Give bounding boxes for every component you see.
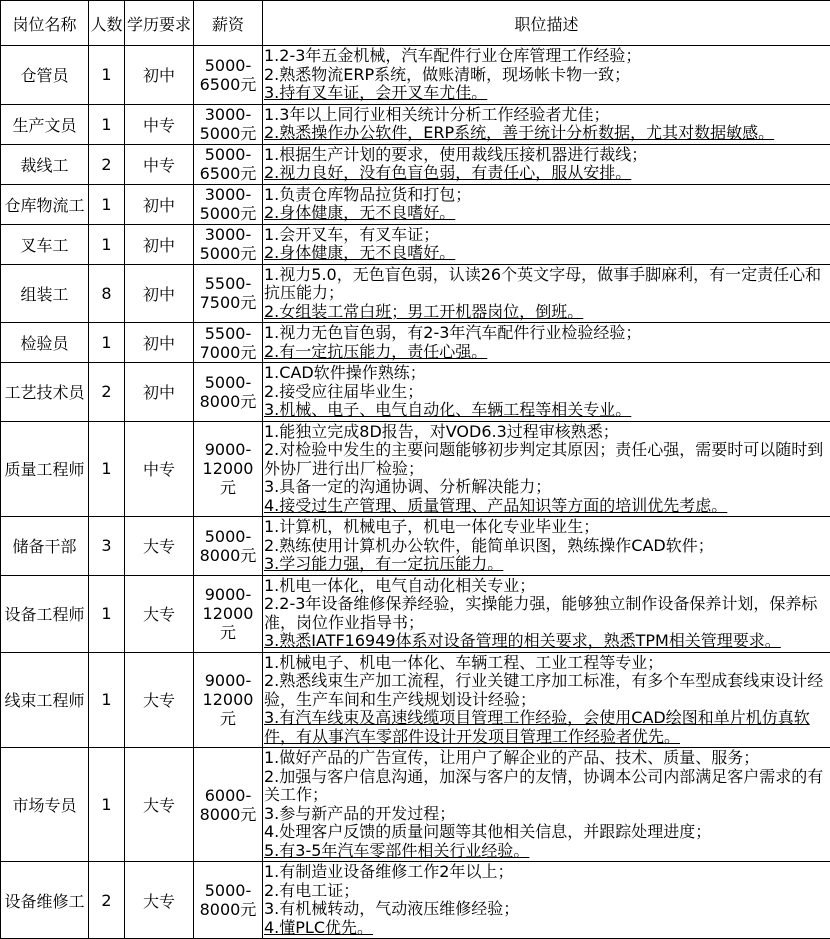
- salary-line: 5500-: [195, 274, 261, 293]
- position-name-cell: 检验员: [1, 323, 89, 363]
- salary-cell: 9000-12000元: [194, 652, 263, 748]
- description-line: 3.参与新产品的开发过程；: [264, 805, 828, 824]
- salary-line: 5000-: [195, 527, 261, 546]
- salary-cell: 5000-8000元: [194, 862, 263, 939]
- headcount-cell: 2: [89, 363, 125, 422]
- description-line: 1.视力5.0，无色盲色弱，认读26个英文字母，做事手脚麻利，有一定责任心和抗压…: [264, 266, 828, 303]
- description-cell: 1.机电一体化，电气自动化相关专业；2.2-3年设备维修保养经验，实操能力强，能…: [263, 575, 830, 652]
- salary-cell: 5500-7500元: [194, 264, 263, 323]
- salary-line: 12000元: [195, 604, 261, 642]
- description-cell: 1.根据生产计划的要求，使用裁线压接机器进行裁线；2.视力良好，没有色盲色弱，有…: [263, 144, 830, 184]
- description-line: 2.有电工证；: [264, 882, 828, 901]
- position-name-cell: 设备维修工: [1, 862, 89, 939]
- col-header-salary: 薪资: [194, 1, 263, 46]
- salary-line: 6500元: [195, 75, 261, 94]
- description-line: 2.有一定抗压能力，责任心强。: [264, 343, 828, 362]
- salary-cell: 5500-7000元: [194, 323, 263, 363]
- description-cell: 1.做好产品的广告宣传，让用户了解企业的产品、技术、质量、服务；2.加强与客户信…: [263, 748, 830, 862]
- table-row: 设备工程师1大专9000-12000元1.机电一体化，电气自动化相关专业；2.2…: [1, 575, 830, 652]
- header-row: 岗位名称 人数 学历要求 薪资 职位描述: [1, 1, 830, 46]
- salary-line: 6500元: [195, 164, 261, 183]
- job-table-body: 仓管员1初中5000-6500元1.2-3年五金机械，汽车配件行业仓库管理工作经…: [1, 46, 830, 939]
- description-cell: 1.3年以上同行业相关统计分析工作经验者尤佳；2.熟悉操作办公软件，ERP系统，…: [263, 104, 830, 144]
- col-header-description: 职位描述: [263, 1, 830, 46]
- salary-cell: 3000-5000元: [194, 184, 263, 224]
- description-cell: 1.2-3年五金机械，汽车配件行业仓库管理工作经验；2.熟悉物流ERP系统，做账…: [263, 46, 830, 105]
- education-cell: 大专: [125, 862, 194, 939]
- table-row: 叉车工1初中3000-5000元1.会开叉车，有叉车证；2.身体健康，无不良嗜好…: [1, 224, 830, 264]
- education-cell: 初中: [125, 224, 194, 264]
- description-line: 2.加强与客户信息沟通，加深与客户的友情，协调本公司内部满足客户需求的有关工作；: [264, 768, 828, 805]
- education-cell: 初中: [125, 264, 194, 323]
- education-cell: 大专: [125, 517, 194, 576]
- description-cell: 1.视力5.0，无色盲色弱，认读26个英文字母，做事手脚麻利，有一定责任心和抗压…: [263, 264, 830, 323]
- salary-cell: 3000-5000元: [194, 104, 263, 144]
- salary-line: 5000-: [195, 881, 261, 900]
- salary-line: 5000-: [195, 56, 261, 75]
- description-line: 4.懂PLC优先。: [264, 919, 828, 938]
- description-line: 2.熟练使用计算机办公软件，能简单识图，熟练操作CAD软件；: [264, 537, 828, 556]
- description-cell: 1.会开叉车，有叉车证；2.身体健康，无不良嗜好。: [263, 224, 830, 264]
- salary-line: 9000-: [195, 671, 261, 690]
- education-cell: 大专: [125, 575, 194, 652]
- table-row: 设备维修工2大专5000-8000元1.有制造业设备维修工作2年以上；2.有电工…: [1, 862, 830, 939]
- position-name-cell: 生产文员: [1, 104, 89, 144]
- table-row: 储备干部3大专5000-8000元1.计算机，机械电子，机电一体化专业毕业生；2…: [1, 517, 830, 576]
- education-cell: 初中: [125, 184, 194, 224]
- description-line: 2.2-3年设备维修保养经验，实操能力强，能够独立制作设备保养计划，保养标准，岗…: [264, 595, 828, 632]
- col-header-position-name: 岗位名称: [1, 1, 89, 46]
- position-name-cell: 设备工程师: [1, 575, 89, 652]
- description-line: 2.熟悉操作办公软件，ERP系统，善于统计分析数据，尤其对数据敏感。: [264, 124, 828, 143]
- description-line: 1.CAD软件操作熟练；: [264, 364, 828, 383]
- description-cell: 1.CAD软件操作熟练；2.接受应往届毕业生；3.机械、电子、电气自动化、车辆工…: [263, 363, 830, 422]
- description-line: 4.接受过生产管理、质量管理、产品知识等方面的培训优先考虑。: [264, 497, 828, 516]
- description-line: 2.身体健康，无不良嗜好。: [264, 244, 828, 263]
- position-name-cell: 裁线工: [1, 144, 89, 184]
- salary-line: 12000元: [195, 690, 261, 728]
- salary-line: 8000元: [195, 546, 261, 565]
- description-line: 3.熟悉IATF16949体系对设备管理的相关要求，熟悉TPM相关管理要求。: [264, 632, 828, 651]
- description-line: 1.计算机，机械电子，机电一体化专业毕业生；: [264, 518, 828, 537]
- education-cell: 初中: [125, 363, 194, 422]
- description-line: 2.视力良好，没有色盲色弱，有责任心，服从安排。: [264, 164, 828, 183]
- salary-line: 12000元: [195, 459, 261, 497]
- salary-cell: 5000-8000元: [194, 363, 263, 422]
- position-name-cell: 叉车工: [1, 224, 89, 264]
- education-cell: 中专: [125, 104, 194, 144]
- education-cell: 初中: [125, 323, 194, 363]
- table-row: 线束工程师1大专9000-12000元1.机械电子、机电一体化、车辆工程、工业工…: [1, 652, 830, 748]
- description-line: 2.身体健康，无不良嗜好。: [264, 204, 828, 223]
- description-line: 3.持有叉车证，会开叉车尤佳。: [264, 84, 828, 103]
- headcount-cell: 1: [89, 46, 125, 105]
- position-name-cell: 储备干部: [1, 517, 89, 576]
- education-cell: 大专: [125, 748, 194, 862]
- description-line: 1.机械电子、机电一体化、车辆工程、工业工程等专业；: [264, 654, 828, 673]
- description-line: 1.3年以上同行业相关统计分析工作经验者尤佳；: [264, 106, 828, 125]
- table-row: 仓库物流工1初中3000-5000元1.负责仓库物品拉货和打包；2.身体健康，无…: [1, 184, 830, 224]
- table-row: 工艺技术员2初中5000-8000元1.CAD软件操作熟练；2.接受应往届毕业生…: [1, 363, 830, 422]
- description-line: 5.有3-5年汽车零部件相关行业经验。: [264, 842, 828, 861]
- position-name-cell: 组装工: [1, 264, 89, 323]
- description-line: 1.做好产品的广告宣传，让用户了解企业的产品、技术、质量、服务；: [264, 749, 828, 768]
- description-line: 3.具备一定的沟通协调、分析解决能力；: [264, 478, 828, 497]
- table-row: 组装工8初中5500-7500元1.视力5.0，无色盲色弱，认读26个英文字母，…: [1, 264, 830, 323]
- headcount-cell: 1: [89, 421, 125, 517]
- table-row: 质量工程师1中专9000-12000元1.能独立完成8D报告，对VOD6.3过程…: [1, 421, 830, 517]
- description-line: 2.接受应往届毕业生；: [264, 383, 828, 402]
- salary-cell: 6000-8000元: [194, 748, 263, 862]
- education-cell: 大专: [125, 652, 194, 748]
- description-line: 3.机械、电子、电气自动化、车辆工程等相关专业。: [264, 401, 828, 420]
- salary-line: 9000-: [195, 440, 261, 459]
- education-cell: 初中: [125, 46, 194, 105]
- headcount-cell: 2: [89, 862, 125, 939]
- description-cell: 1.有制造业设备维修工作2年以上；2.有电工证；3.有机械转动，气动液压维修经验…: [263, 862, 830, 939]
- headcount-cell: 1: [89, 104, 125, 144]
- salary-line: 6000-: [195, 786, 261, 805]
- table-row: 裁线工2中专5000-6500元1.根据生产计划的要求，使用裁线压接机器进行裁线…: [1, 144, 830, 184]
- description-line: 3.有汽车线束及高速线缆项目管理工作经验，会使用CAD绘图和单片机仿真软件，有从…: [264, 709, 828, 746]
- salary-cell: 5000-8000元: [194, 517, 263, 576]
- table-row: 检验员1初中5500-7000元1.视力无色盲色弱，有2-3年汽车配件行业检验经…: [1, 323, 830, 363]
- salary-line: 7500元: [195, 293, 261, 312]
- salary-cell: 5000-6500元: [194, 144, 263, 184]
- description-line: 3.有机械转动，气动液压维修经验；: [264, 900, 828, 919]
- headcount-cell: 1: [89, 575, 125, 652]
- salary-line: 5000元: [195, 244, 261, 263]
- description-line: 1.2-3年五金机械，汽车配件行业仓库管理工作经验；: [264, 47, 828, 66]
- description-line: 1.会开叉车，有叉车证；: [264, 226, 828, 245]
- salary-line: 8000元: [195, 392, 261, 411]
- position-name-cell: 市场专员: [1, 748, 89, 862]
- description-line: 4.处理客户反馈的质量问题等其他相关信息，并跟踪处理进度；: [264, 823, 828, 842]
- position-name-cell: 线束工程师: [1, 652, 89, 748]
- salary-cell: 9000-12000元: [194, 575, 263, 652]
- col-header-education: 学历要求: [125, 1, 194, 46]
- headcount-cell: 3: [89, 517, 125, 576]
- description-line: 2.熟悉物流ERP系统，做账清晰，现场帐卡物一致；: [264, 66, 828, 85]
- description-line: 2.对检验中发生的主要问题能够初步判定其原因；责任心强，需要时可以随时到外协厂进…: [264, 441, 828, 478]
- salary-line: 5000元: [195, 124, 261, 143]
- salary-line: 5000-: [195, 145, 261, 164]
- salary-line: 8000元: [195, 805, 261, 824]
- description-line: 1.机电一体化，电气自动化相关专业；: [264, 577, 828, 596]
- description-cell: 1.视力无色盲色弱，有2-3年汽车配件行业检验经验；2.有一定抗压能力，责任心强…: [263, 323, 830, 363]
- description-line: 2.熟悉线束生产加工流程，行业关键工序加工标准，有多个车型成套线束设计经验，生产…: [264, 672, 828, 709]
- description-cell: 1.计算机，机械电子，机电一体化专业毕业生；2.熟练使用计算机办公软件，能简单识…: [263, 517, 830, 576]
- education-cell: 中专: [125, 421, 194, 517]
- table-row: 生产文员1中专3000-5000元1.3年以上同行业相关统计分析工作经验者尤佳；…: [1, 104, 830, 144]
- description-line: 1.能独立完成8D报告，对VOD6.3过程审核熟悉；: [264, 423, 828, 442]
- headcount-cell: 1: [89, 184, 125, 224]
- description-line: 1.负责仓库物品拉货和打包；: [264, 186, 828, 205]
- position-name-cell: 仓库物流工: [1, 184, 89, 224]
- headcount-cell: 1: [89, 224, 125, 264]
- headcount-cell: 2: [89, 144, 125, 184]
- table-row: 市场专员1大专6000-8000元1.做好产品的广告宣传，让用户了解企业的产品、…: [1, 748, 830, 862]
- salary-line: 5000元: [195, 204, 261, 223]
- description-line: 3.学习能力强，有一定抗压能力。: [264, 555, 828, 574]
- job-positions-table: 岗位名称 人数 学历要求 薪资 职位描述 仓管员1初中5000-6500元1.2…: [0, 0, 830, 939]
- salary-line: 9000-: [195, 585, 261, 604]
- position-name-cell: 工艺技术员: [1, 363, 89, 422]
- description-cell: 1.负责仓库物品拉货和打包；2.身体健康，无不良嗜好。: [263, 184, 830, 224]
- salary-line: 8000元: [195, 900, 261, 919]
- headcount-cell: 1: [89, 652, 125, 748]
- salary-line: 5500-: [195, 324, 261, 343]
- description-line: 2.女组装工常白班；男工开机器岗位，倒班。: [264, 303, 828, 322]
- position-name-cell: 质量工程师: [1, 421, 89, 517]
- salary-cell: 9000-12000元: [194, 421, 263, 517]
- table-row: 仓管员1初中5000-6500元1.2-3年五金机械，汽车配件行业仓库管理工作经…: [1, 46, 830, 105]
- table-header: 岗位名称 人数 学历要求 薪资 职位描述: [1, 1, 830, 46]
- salary-line: 3000-: [195, 185, 261, 204]
- position-name-cell: 仓管员: [1, 46, 89, 105]
- description-line: 1.根据生产计划的要求，使用裁线压接机器进行裁线；: [264, 146, 828, 165]
- description-line: 1.有制造业设备维修工作2年以上；: [264, 863, 828, 882]
- salary-cell: 5000-6500元: [194, 46, 263, 105]
- headcount-cell: 1: [89, 323, 125, 363]
- salary-line: 3000-: [195, 105, 261, 124]
- description-line: 1.视力无色盲色弱，有2-3年汽车配件行业检验经验；: [264, 324, 828, 343]
- salary-line: 7000元: [195, 343, 261, 362]
- headcount-cell: 1: [89, 748, 125, 862]
- salary-cell: 3000-5000元: [194, 224, 263, 264]
- salary-line: 5000-: [195, 373, 261, 392]
- salary-line: 3000-: [195, 225, 261, 244]
- description-cell: 1.能独立完成8D报告，对VOD6.3过程审核熟悉；2.对检验中发生的主要问题能…: [263, 421, 830, 517]
- headcount-cell: 8: [89, 264, 125, 323]
- description-cell: 1.机械电子、机电一体化、车辆工程、工业工程等专业；2.熟悉线束生产加工流程，行…: [263, 652, 830, 748]
- col-header-headcount: 人数: [89, 1, 125, 46]
- education-cell: 中专: [125, 144, 194, 184]
